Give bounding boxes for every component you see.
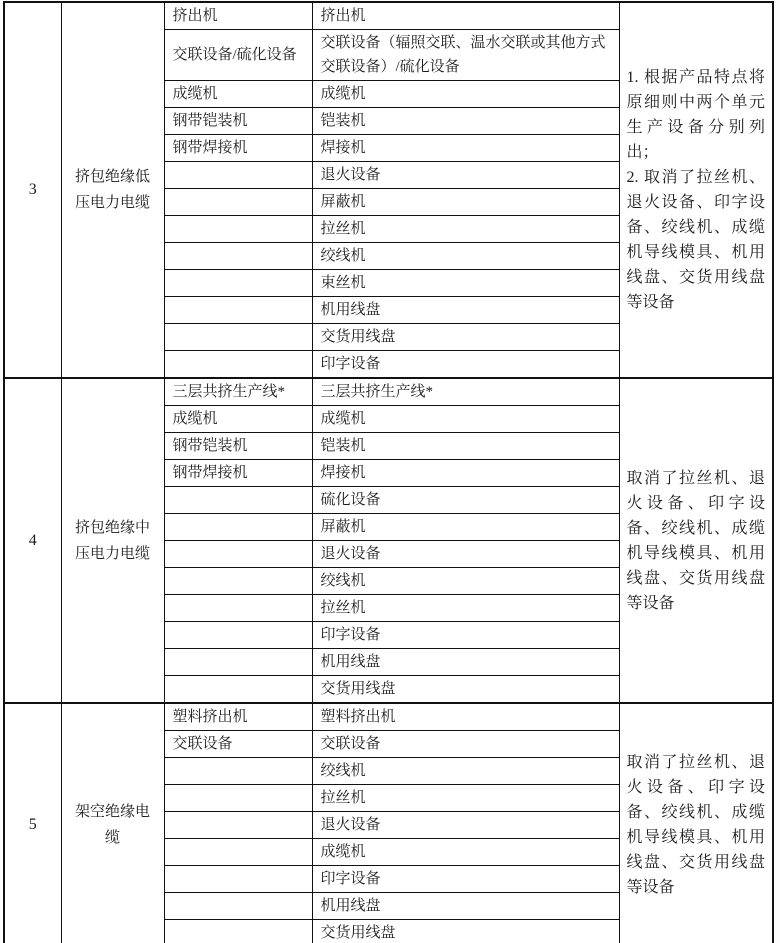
- equipment-row: 4挤包绝缘中压电力电缆三层共挤生产线*三层共挤生产线*取消了拉丝机、退火设备、印…: [4, 378, 773, 406]
- new-equipment-cell: 成缆机: [312, 406, 619, 433]
- new-equipment-cell: 绞线机: [312, 568, 619, 595]
- new-equipment-cell: 成缆机: [312, 81, 619, 108]
- new-equipment-cell: 拉丝机: [312, 785, 619, 812]
- note-cell: 取消了拉丝机、退火设备、印字设备、绞线机、成缆机导线模具、机用线盘、交货用线盘等…: [619, 703, 773, 943]
- new-equipment-cell: 硫化设备: [312, 487, 619, 514]
- new-equipment-cell: 退火设备: [312, 541, 619, 568]
- old-equipment-cell: 三层共挤生产线*: [164, 378, 312, 406]
- row-number-cell: 5: [4, 703, 61, 943]
- equipment-row: 3挤包绝缘低压电力电缆挤出机挤出机1. 根据产品特点将原细则中两个单元生产设备分…: [4, 2, 773, 30]
- category-cell: 挤包绝缘中压电力电缆: [61, 378, 164, 703]
- old-equipment-cell: 钢带焊接机: [164, 135, 312, 162]
- new-equipment-cell: 塑料挤出机: [312, 703, 619, 731]
- old-equipment-cell: [164, 785, 312, 812]
- old-equipment-cell: [164, 487, 312, 514]
- old-equipment-cell: [164, 622, 312, 649]
- note-cell: 1. 根据产品特点将原细则中两个单元生产设备分别列出； 2. 取消了拉丝机、退火…: [619, 2, 773, 378]
- equipment-table: 3挤包绝缘低压电力电缆挤出机挤出机1. 根据产品特点将原细则中两个单元生产设备分…: [3, 1, 774, 943]
- old-equipment-cell: 成缆机: [164, 406, 312, 433]
- new-equipment-cell: 焊接机: [312, 460, 619, 487]
- row-number-cell: 3: [4, 2, 61, 378]
- new-equipment-cell: 焊接机: [312, 135, 619, 162]
- old-equipment-cell: [164, 893, 312, 920]
- equipment-table-body: 3挤包绝缘低压电力电缆挤出机挤出机1. 根据产品特点将原细则中两个单元生产设备分…: [4, 2, 773, 943]
- new-equipment-cell: 机用线盘: [312, 893, 619, 920]
- new-equipment-cell: 成缆机: [312, 839, 619, 866]
- new-equipment-cell: 挤出机: [312, 2, 619, 30]
- old-equipment-cell: [164, 297, 312, 324]
- old-equipment-cell: 成缆机: [164, 81, 312, 108]
- new-equipment-cell: 交货用线盘: [312, 676, 619, 704]
- note-cell: 取消了拉丝机、退火设备、印字设备、绞线机、成缆机导线模具、机用线盘、交货用线盘等…: [619, 378, 773, 703]
- new-equipment-cell: 退火设备: [312, 812, 619, 839]
- new-equipment-cell: 铠装机: [312, 433, 619, 460]
- category-cell: 挤包绝缘低压电力电缆: [61, 2, 164, 378]
- new-equipment-cell: 铠装机: [312, 108, 619, 135]
- new-equipment-cell: 交联设备（辐照交联、温水交联或其他方式交联设备）/硫化设备: [312, 30, 619, 81]
- old-equipment-cell: [164, 324, 312, 351]
- new-equipment-cell: 绞线机: [312, 758, 619, 785]
- new-equipment-cell: 交联设备: [312, 731, 619, 758]
- new-equipment-cell: 交货用线盘: [312, 324, 619, 351]
- new-equipment-cell: 三层共挤生产线*: [312, 378, 619, 406]
- new-equipment-cell: 印字设备: [312, 866, 619, 893]
- old-equipment-cell: [164, 243, 312, 270]
- old-equipment-cell: [164, 595, 312, 622]
- old-equipment-cell: 钢带铠装机: [164, 108, 312, 135]
- new-equipment-cell: 拉丝机: [312, 595, 619, 622]
- new-equipment-cell: 机用线盘: [312, 297, 619, 324]
- old-equipment-cell: [164, 514, 312, 541]
- old-equipment-cell: [164, 866, 312, 893]
- new-equipment-cell: 机用线盘: [312, 649, 619, 676]
- new-equipment-cell: 交货用线盘: [312, 920, 619, 943]
- old-equipment-cell: 交联设备: [164, 731, 312, 758]
- old-equipment-cell: [164, 351, 312, 379]
- old-equipment-cell: 钢带焊接机: [164, 460, 312, 487]
- new-equipment-cell: 屏蔽机: [312, 189, 619, 216]
- old-equipment-cell: [164, 676, 312, 704]
- old-equipment-cell: [164, 649, 312, 676]
- new-equipment-cell: 退火设备: [312, 162, 619, 189]
- new-equipment-cell: 印字设备: [312, 351, 619, 379]
- equipment-row: 5架空绝缘电缆塑料挤出机塑料挤出机取消了拉丝机、退火设备、印字设备、绞线机、成缆…: [4, 703, 773, 731]
- new-equipment-cell: 印字设备: [312, 622, 619, 649]
- old-equipment-cell: 钢带铠装机: [164, 433, 312, 460]
- old-equipment-cell: 塑料挤出机: [164, 703, 312, 731]
- row-number-cell: 4: [4, 378, 61, 703]
- old-equipment-cell: [164, 216, 312, 243]
- new-equipment-cell: 束丝机: [312, 270, 619, 297]
- document-page: 3挤包绝缘低压电力电缆挤出机挤出机1. 根据产品特点将原细则中两个单元生产设备分…: [0, 0, 780, 943]
- old-equipment-cell: [164, 270, 312, 297]
- new-equipment-cell: 绞线机: [312, 243, 619, 270]
- old-equipment-cell: [164, 189, 312, 216]
- new-equipment-cell: 屏蔽机: [312, 514, 619, 541]
- category-cell: 架空绝缘电缆: [61, 703, 164, 943]
- new-equipment-cell: 拉丝机: [312, 216, 619, 243]
- old-equipment-cell: 交联设备/硫化设备: [164, 30, 312, 81]
- old-equipment-cell: [164, 758, 312, 785]
- old-equipment-cell: [164, 541, 312, 568]
- old-equipment-cell: [164, 839, 312, 866]
- old-equipment-cell: [164, 568, 312, 595]
- old-equipment-cell: [164, 920, 312, 943]
- old-equipment-cell: 挤出机: [164, 2, 312, 30]
- old-equipment-cell: [164, 162, 312, 189]
- old-equipment-cell: [164, 812, 312, 839]
